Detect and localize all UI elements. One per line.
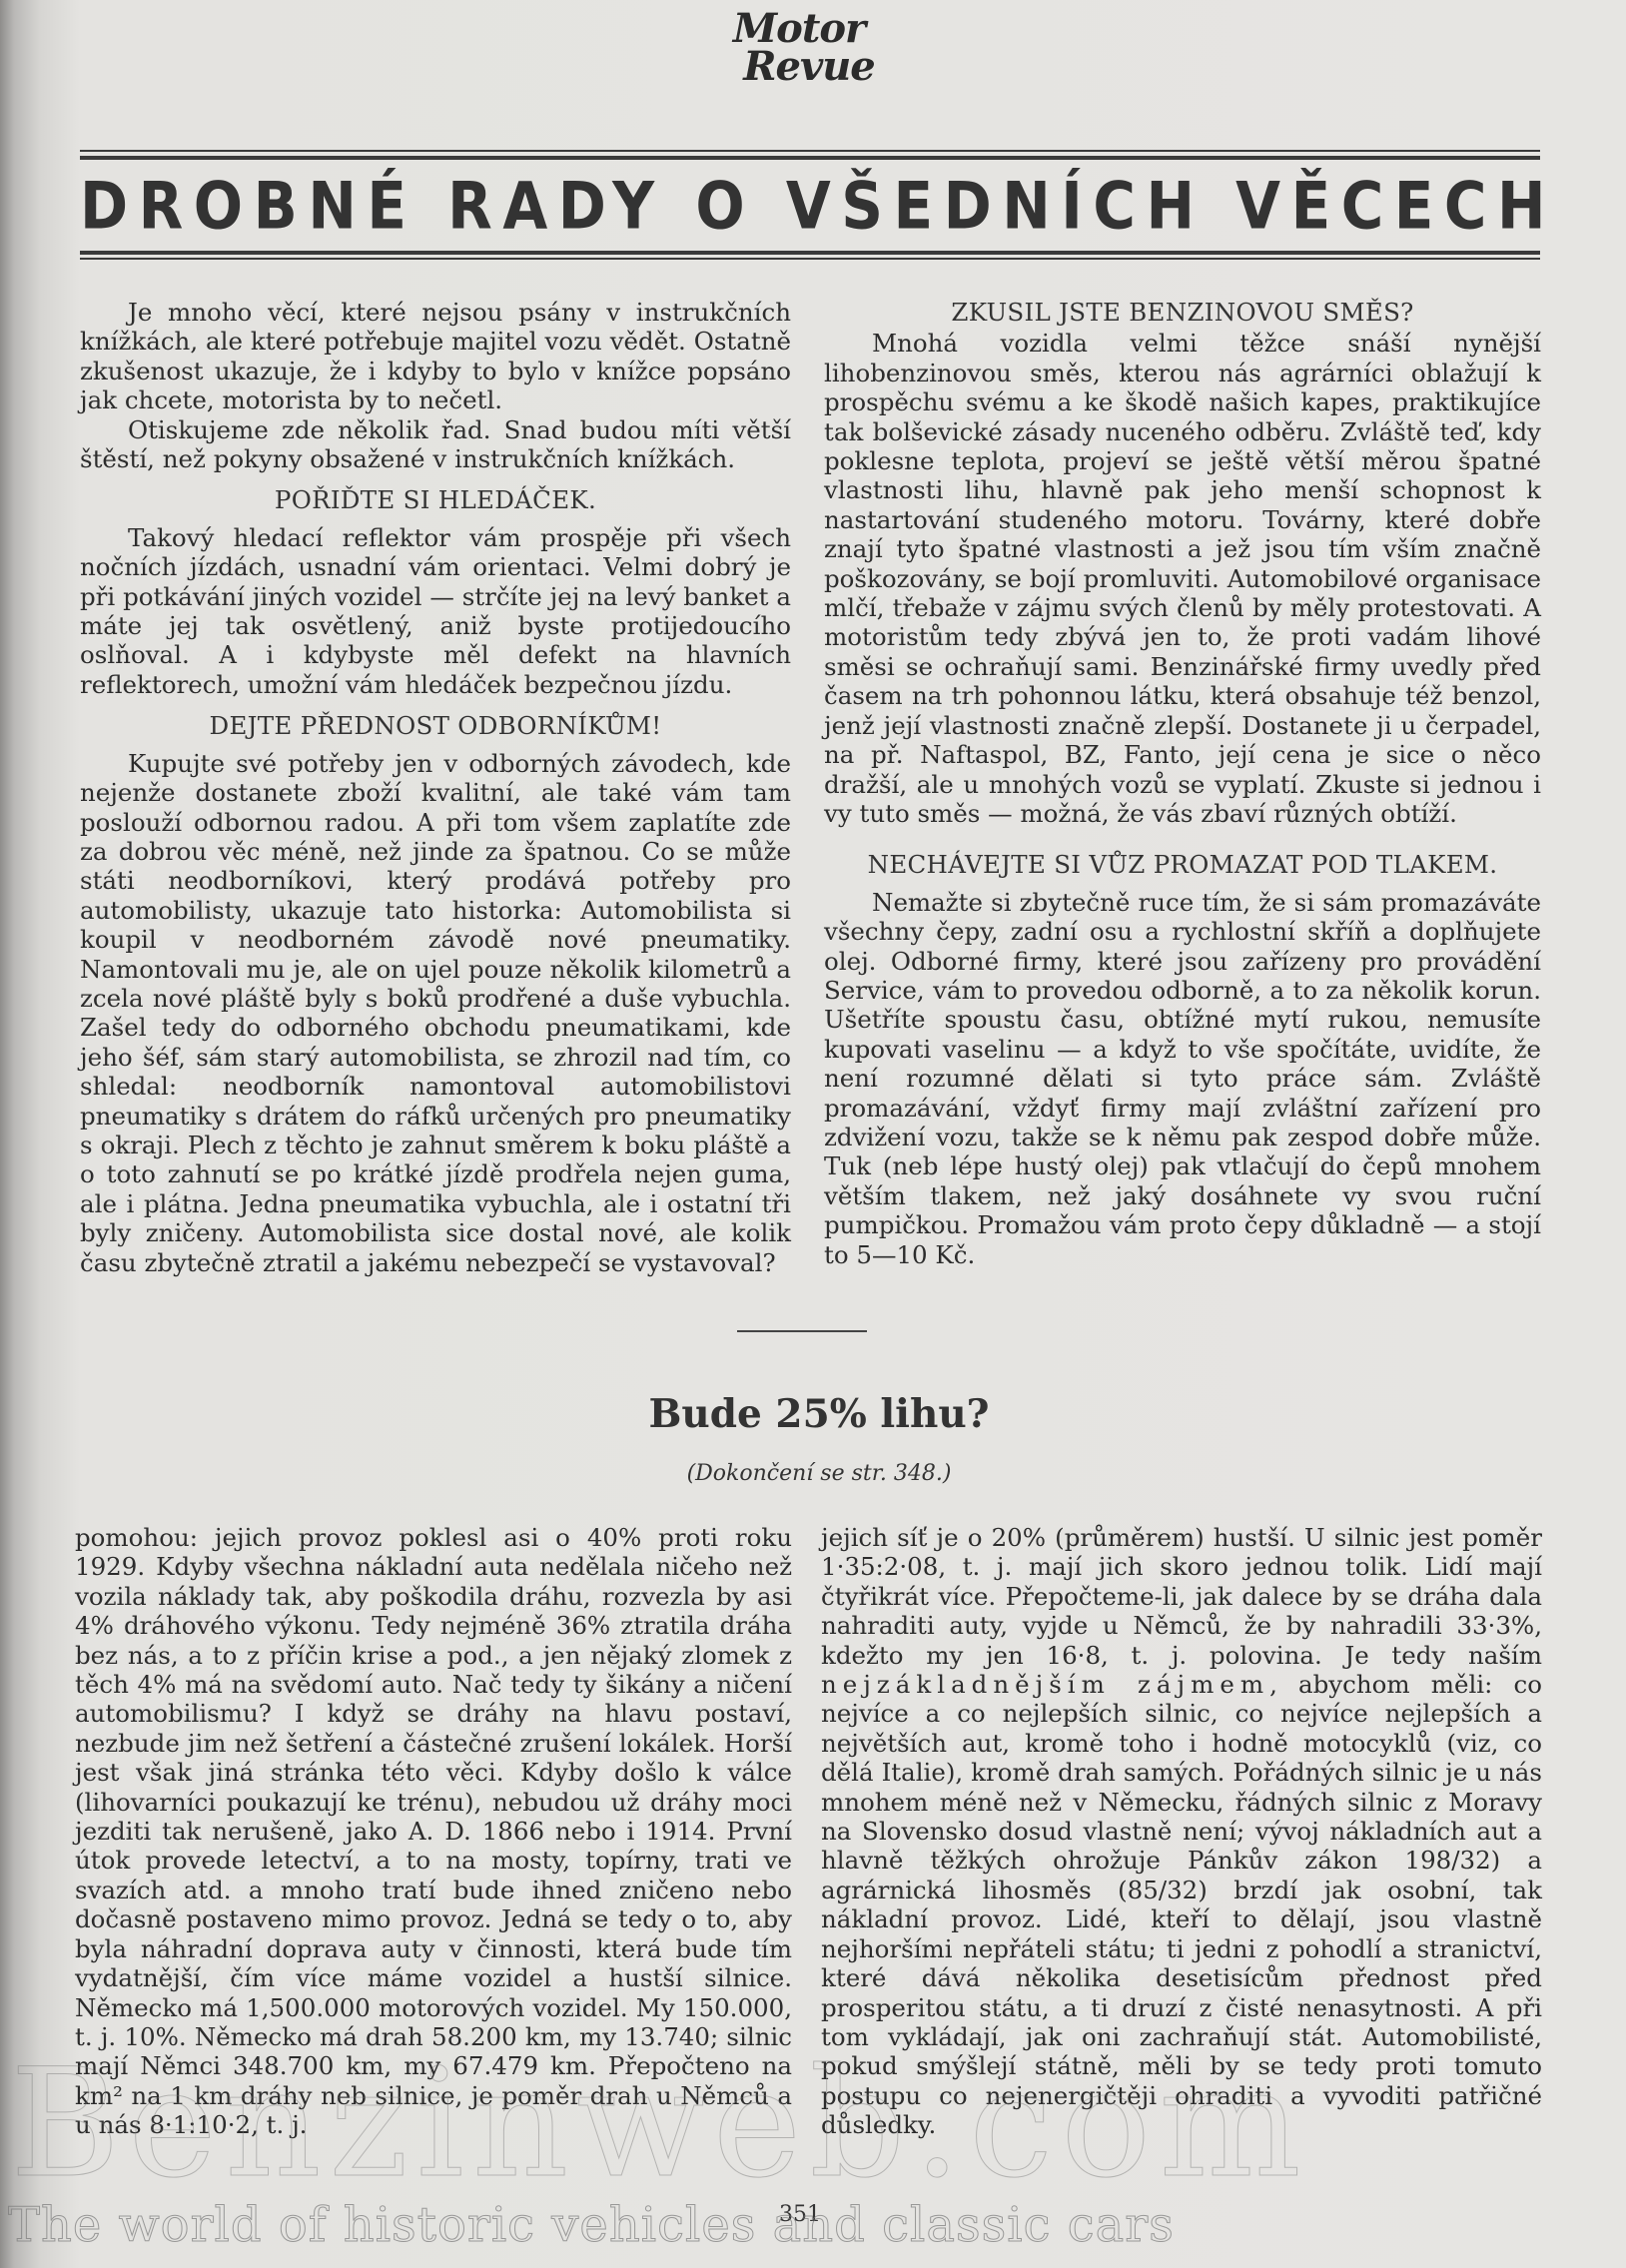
- section-heading: ZKUSIL JSTE BENZINOVOU SMĚS?: [824, 298, 1541, 327]
- section-heading: NECHÁVEJTE SI VŮZ PROMAZAT POD TLAKEM.: [824, 850, 1541, 879]
- title-top-rule-thin: [80, 150, 1540, 152]
- intro-paragraph: Je mnoho věcí, které nejsou psány v inst…: [80, 298, 791, 415]
- section-body: Nemažte si zbytečně ruce tím, že si sám …: [824, 888, 1541, 1269]
- magazine-logo: Motor Revue: [699, 10, 899, 86]
- article1-right-column: ZKUSIL JSTE BENZINOVOU SMĚS? Mnohá vozid…: [824, 292, 1541, 1269]
- article2-headline: Bude 25% lihu?: [559, 1391, 1079, 1437]
- article-separator: [737, 1330, 867, 1332]
- emphasis-text: nejzákladnějším zájmem: [821, 1670, 1269, 1699]
- intro-paragraph: Otiskujeme zde několik řad. Snad budou m…: [80, 415, 791, 474]
- section-heading: POŘIĎTE SI HLEDÁČEK.: [80, 485, 791, 514]
- title-bottom-rule-thick: [80, 251, 1540, 255]
- section-body: Kupujte své potřeby jen v odborných závo…: [80, 749, 791, 1277]
- title-top-rule-thick: [80, 156, 1540, 160]
- article1-left-column: Je mnoho věcí, které nejsou psány v inst…: [80, 298, 791, 1277]
- body-text: jejich síť je o 20% (průměrem) hustší. U…: [821, 1523, 1542, 1670]
- section-body: Takový hledací reflektor vám prospěje př…: [80, 523, 791, 699]
- logo-line-2: Revue: [719, 48, 899, 86]
- title-bottom-rule-thin: [80, 258, 1540, 260]
- section-heading: DEJTE PŘEDNOST ODBORNÍKŮM!: [80, 711, 791, 740]
- page-title: DROBNÉ RADY O VŠEDNÍCH VĚCECH: [80, 168, 1548, 244]
- watermark-brand: Benzinweb.com: [10, 2037, 1309, 2211]
- section-body: Mnohá vozidla velmi těžce snáší nynější …: [824, 329, 1541, 828]
- article2-continuation-note: (Dokončení se str. 348.): [559, 1461, 1079, 1486]
- watermark-tagline: The world of historic vehicles and class…: [8, 2197, 1175, 2253]
